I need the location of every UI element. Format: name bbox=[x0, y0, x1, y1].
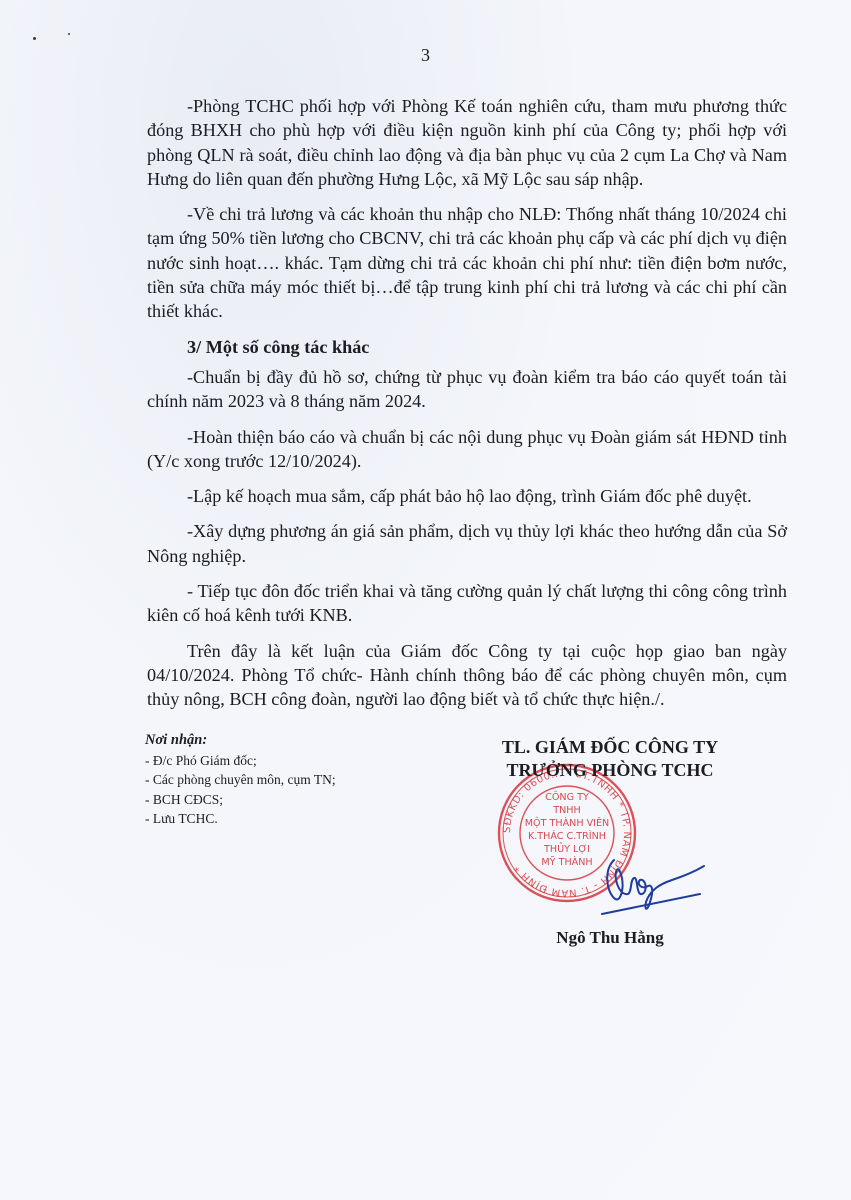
handwritten-signature-icon bbox=[600, 850, 710, 920]
body-paragraph: - Tiếp tục đôn đốc triển khai và tăng cư… bbox=[147, 579, 787, 628]
body-paragraph: Trên đây là kết luận của Giám đốc Công t… bbox=[147, 639, 787, 712]
stamp-text-line: K.THÁC C.TRÌNH bbox=[528, 829, 606, 842]
body-paragraph: -Chuẩn bị đầy đủ hồ sơ, chứng từ phục vụ… bbox=[147, 365, 787, 414]
stamp-text-line: MỸ THÀNH bbox=[541, 855, 592, 868]
recipient-item: - BCH CĐCS; bbox=[145, 790, 336, 810]
body-paragraph: -Lập kế hoạch mua sắm, cấp phát bảo hộ l… bbox=[147, 484, 787, 508]
signature-title-line1: TL. GIÁM ĐỐC CÔNG TY bbox=[470, 736, 750, 759]
stamp-text-line: THỦY LỢI bbox=[543, 841, 590, 855]
body-paragraph: -Xây dựng phương án giá sản phẩm, dịch v… bbox=[147, 519, 787, 568]
recipients-block: Nơi nhận: - Đ/c Phó Giám đốc; - Các phòn… bbox=[145, 731, 336, 829]
scan-speck bbox=[33, 37, 36, 40]
stamp-text-line: TNHH bbox=[552, 805, 580, 816]
recipient-item: - Các phòng chuyên môn, cụm TN; bbox=[145, 770, 336, 790]
signer-name: Ngô Thu Hằng bbox=[470, 928, 750, 948]
recipient-item: - Đ/c Phó Giám đốc; bbox=[145, 751, 336, 771]
body-paragraph: -Phòng TCHC phối hợp với Phòng Kế toán n… bbox=[147, 94, 787, 191]
document-body: -Phòng TCHC phối hợp với Phòng Kế toán n… bbox=[147, 94, 787, 723]
recipients-title: Nơi nhận: bbox=[145, 731, 336, 751]
signature-block: TL. GIÁM ĐỐC CÔNG TY TRƯỞNG PHÒNG TCHC N… bbox=[470, 736, 750, 782]
scan-speck bbox=[68, 33, 70, 35]
stamp-text-line: MỘT THÀNH VIÊN bbox=[525, 816, 609, 829]
body-paragraph: -Hoàn thiện báo cáo và chuẩn bị các nội … bbox=[147, 425, 787, 474]
stamp-text-line: CÔNG TY bbox=[545, 790, 589, 803]
signature-title-line2: TRƯỞNG PHÒNG TCHC bbox=[470, 759, 750, 782]
page-number: 3 bbox=[0, 45, 851, 66]
body-paragraph: -Về chi trả lương và các khoản thu nhập … bbox=[147, 202, 787, 323]
recipient-item: - Lưu TCHC. bbox=[145, 809, 336, 829]
section-heading: 3/ Một số công tác khác bbox=[147, 335, 787, 359]
document-page: 3 -Phòng TCHC phối hợp với Phòng Kế toán… bbox=[0, 0, 851, 1200]
